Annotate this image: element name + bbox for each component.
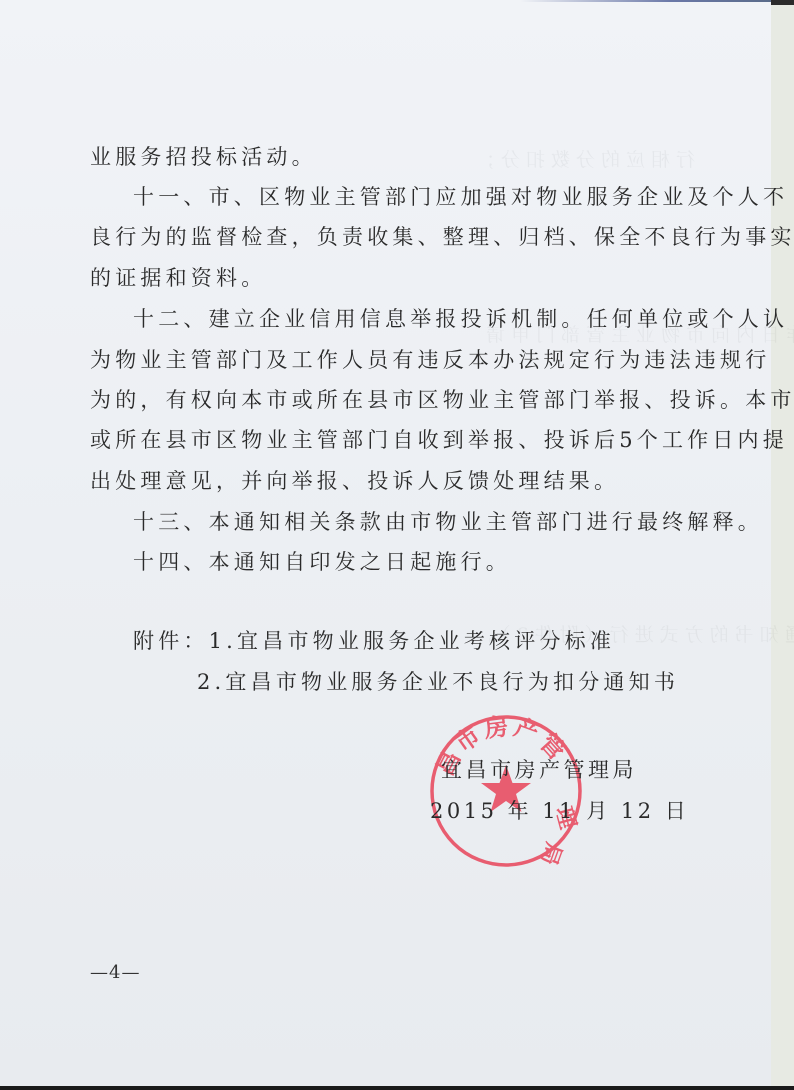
paragraph-line: 良行为的监督检查，负责收集、整理、归档、保全不良行为事实 <box>90 223 794 251</box>
paragraph-line: 出处理意见，并向举报、投诉人反馈处理结果。 <box>90 467 619 495</box>
attachment-item-1: 1.宜昌市物业服务企业考核评分标准 <box>209 629 615 653</box>
issue-date: 2015 年 11 月 12 日 <box>430 797 689 825</box>
paragraph-line: 的证据和资料。 <box>90 264 266 292</box>
clause-12: 十二、建立企业信用信息举报投诉机制。任何单位或个人认 <box>133 305 788 333</box>
attachment-item-2: 2.宜昌市物业服务企业不良行为扣分通知书 <box>197 668 679 696</box>
clause-13: 十三、本通知相关条款由市物业主管部门进行最终解释。 <box>133 508 763 536</box>
issuing-organization: 宜昌市房产管理局 <box>441 756 637 784</box>
attachments-label: 附件： <box>133 629 209 653</box>
scan-margin <box>771 0 794 1090</box>
scan-edge-top <box>771 0 794 5</box>
scan-edge-strip <box>520 0 771 2</box>
paragraph-line: 业服务招投标活动。 <box>90 143 317 171</box>
official-seal-icon: 宜昌市房产管 理 局 <box>428 713 584 869</box>
page-number: —4— <box>90 962 140 983</box>
clause-11: 十一、市、区物业主管部门应加强对物业服务企业及个人不 <box>133 183 788 211</box>
paragraph-line: 或所在县市区物业主管部门自收到举报、投诉后5个工作日内提 <box>90 426 788 454</box>
scan-edge-bottom <box>0 1086 794 1090</box>
svg-text:局: 局 <box>535 839 567 869</box>
show-through-text: 行相应的分数扣分； <box>470 145 695 172</box>
attachments-list: 附件：1.宜昌市物业服务企业考核评分标准 <box>133 627 615 655</box>
paragraph-line: 为的，有权向本市或所在县市区物业主管部门举报、投诉。本市 <box>90 386 794 414</box>
clause-14: 十四、本通知自印发之日起施行。 <box>133 548 511 576</box>
paragraph-line: 为物业主管部门及工作人员有违反本办法规定行为违法违规行 <box>90 346 770 374</box>
